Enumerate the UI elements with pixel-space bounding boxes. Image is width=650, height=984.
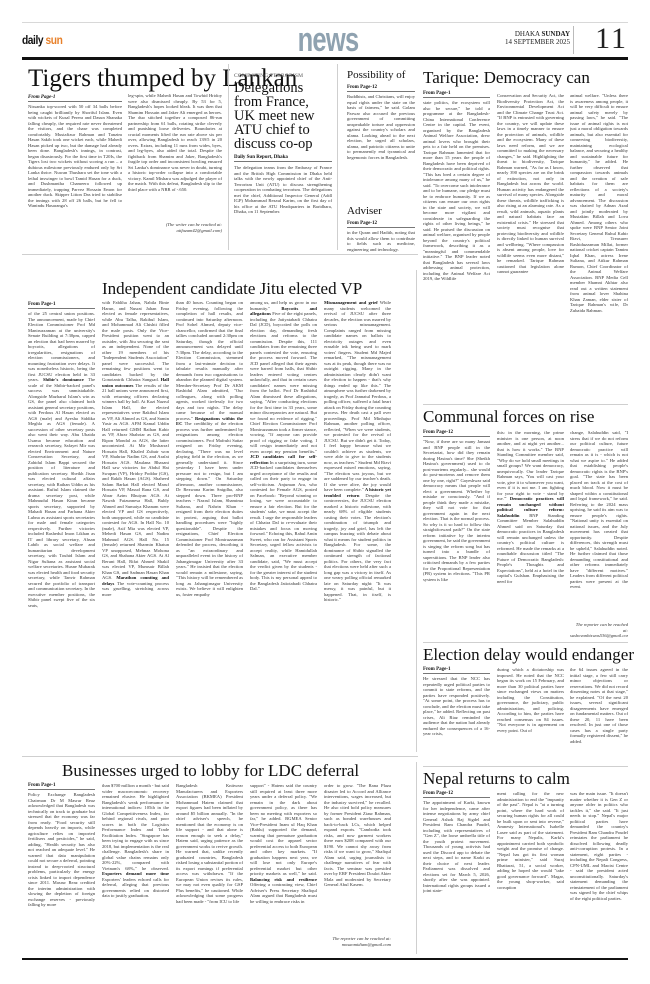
- newspaper-page: daily sun news DHAKA SUNDAY 14 SEPTEMBER…: [22, 0, 628, 984]
- article-column: He stressed that the NCC has repeatedly …: [423, 676, 490, 762]
- brand-logo-sun: sun: [46, 33, 63, 47]
- article-column: in the Quran and Hadith, noting that thi…: [347, 230, 415, 252]
- headline-adviser: Adviser: [347, 206, 382, 217]
- column-divider: [416, 762, 417, 954]
- article-column: support" - Hatem said the country still …: [250, 783, 317, 952]
- section-divider: [423, 766, 628, 767]
- article-text: Buddhists, and Christians, will enjoy eq…: [347, 94, 415, 160]
- article-text: Bangladesh Knitwear Manufacturers and Ex…: [176, 783, 243, 904]
- headline-tarique: Tarique: Democracy can: [423, 69, 590, 86]
- section-divider: [22, 756, 418, 757]
- article-column: Bangladesh Knitwear Manufacturers and Ex…: [176, 783, 243, 952]
- article-column: Conservation and Security Act, the Biodi…: [497, 93, 564, 402]
- kicker-combating-terrorism: COMBATING TERRORISM: [234, 73, 303, 79]
- article-text: of the 25 central union positions. The a…: [28, 311, 95, 608]
- section-divider: [22, 254, 418, 255]
- article-column: state politics, the ecosystem will also …: [423, 100, 490, 402]
- column-divider: [337, 64, 338, 250]
- article-text: animal welfare. "Unless there is awarene…: [570, 93, 628, 313]
- article-column: with Fabliha Jahan, Nabila Binte Harun, …: [102, 300, 169, 751]
- article-credit-box: The reporter can be reached at: sushovan…: [570, 622, 628, 638]
- from-page-label: From Page-12: [347, 85, 415, 92]
- article-text: than $700 million a month - but said wid…: [102, 783, 169, 899]
- article-column: of the 25 central union positions. The a…: [28, 311, 95, 751]
- page-number: 11: [595, 22, 628, 56]
- headline-line: ATU chief to: [234, 123, 315, 137]
- article-text: change, Salahuddin said, "I stress that …: [570, 430, 628, 590]
- article-text: Policy Exchange Bangladesh Chairman Dr M…: [28, 792, 95, 908]
- headline-line: from France,: [234, 95, 315, 109]
- article-credit-box: The reporter can be reached at: mosaomid…: [324, 936, 391, 952]
- article-column: ment calling for the new administration …: [497, 791, 564, 952]
- dateline: DHAKA SUNDAY 14 SEPTEMBER 2025: [505, 30, 570, 46]
- subhead: Mismanagement and grief: [324, 300, 378, 305]
- article-text: Nissanka top-scored with 50 off 34 balls…: [28, 104, 122, 209]
- subhead: Exporters demand more time: [102, 871, 169, 876]
- article-text: "Now, if there are so many Jamaat and BN…: [423, 439, 490, 582]
- brand-logo-daily: daily: [22, 33, 43, 47]
- column-divider: [228, 64, 229, 250]
- article-column: than $700 million a month - but said wid…: [102, 783, 169, 952]
- article-column: Nissanka top-scored with 50 off 34 balls…: [28, 104, 122, 254]
- from-page-label: From Page-12: [347, 221, 415, 228]
- from-page-label: From Page-1: [28, 783, 95, 790]
- article-column: order to grow. "The Rana Plaza disaster …: [324, 783, 391, 935]
- section-title: news: [253, 22, 403, 58]
- article-column: during which a dictatorship was imposed.…: [497, 667, 564, 762]
- headline-nepal: Nepal returns to calm: [423, 770, 570, 787]
- article-text: than 40 hours. Counting began on Friday …: [176, 300, 243, 597]
- headline-line: Delegations: [234, 81, 315, 95]
- headline-atu: Delegations from France, UK meet new ATU…: [234, 81, 315, 151]
- masthead-rule: [22, 57, 628, 60]
- article-credit: The reporter can be reached at: sushovan…: [570, 622, 628, 638]
- article-column: Buddhists, and Christians, will enjoy eq…: [347, 94, 415, 202]
- masthead: daily sun news DHAKA SUNDAY 14 SEPTEMBER…: [22, 24, 628, 56]
- article-column: among us, and help us grow in our humani…: [250, 300, 317, 751]
- headline-line: discuss co-op: [234, 137, 315, 151]
- subhead: Balancing risk and resilience: [250, 877, 317, 882]
- article-text: in the Quran and Hadith, noting that thi…: [347, 230, 415, 252]
- headline-possibility: Possibility of: [347, 70, 405, 81]
- section-divider: [423, 642, 628, 643]
- from-page-label: From Page-1: [28, 302, 95, 309]
- article-text: He stressed that the NCC has repeatedly …: [423, 676, 490, 737]
- article-text: was the main issue. "It doesn't matter w…: [570, 791, 628, 901]
- article-column: Policy Exchange Bangladesh Chairman Dr M…: [28, 792, 95, 952]
- article-text: The delegation teams from the Embassy of…: [234, 165, 332, 215]
- section-divider: [423, 404, 628, 405]
- article-text: The appointment of Karki, known for her …: [423, 800, 490, 894]
- article-text: support" - Hatem said the country still …: [250, 783, 317, 904]
- article-column: was the main issue. "It doesn't matter w…: [570, 791, 628, 952]
- article-credit: The reporter can be reached at: mosaomid…: [324, 936, 391, 947]
- article-credit-box: (The writer can be reached at: atifazam4…: [128, 222, 222, 236]
- article-text: order to grow. "The Rana Plaza disaster …: [324, 783, 391, 888]
- dateline-day: SUNDAY: [541, 30, 570, 38]
- headline-jucsu: Independent candidate Jitu elected VP: [102, 280, 362, 297]
- article-text: this: in the morning, the prime minister…: [497, 430, 564, 584]
- from-page-label: From Page-12: [423, 430, 490, 437]
- dateline-city: DHAKA: [515, 30, 540, 38]
- article-column: "Now, if there are so many Jamaat and BN…: [423, 439, 490, 639]
- page-number-divider: [573, 26, 574, 54]
- article-column: change, Salahuddin said, "I stress that …: [570, 430, 628, 622]
- article-column: The delegation teams from the Embassy of…: [234, 165, 332, 251]
- page-bottom-rule: [22, 958, 628, 960]
- article-text: with Fabliha Jahan, Nabila Binte Harun, …: [102, 300, 169, 597]
- article-text: the 64 issues agreed in the initial stag…: [570, 667, 628, 744]
- from-page-label: From Page-1: [423, 91, 490, 98]
- article-column: leg-spin, while Mahedi Hasan and Towhid …: [128, 93, 222, 223]
- article-column: this: in the morning, the prime minister…: [497, 430, 564, 639]
- article-text: among us, and help us grow in our humani…: [250, 300, 317, 592]
- headline-election: Election delay would endanger: [423, 646, 634, 663]
- article-text: ment calling for the new administration …: [497, 791, 564, 890]
- article-column: animal welfare. "Unless there is awarene…: [570, 93, 628, 402]
- headline-communal: Communal forces on rise: [423, 408, 594, 425]
- article-credit: (The writer can be reached at: atifazam4…: [128, 222, 222, 233]
- from-page-label: From Page-1: [423, 667, 490, 674]
- column-divider: [416, 270, 417, 752]
- article-text: Mismanagement and grief While many stude…: [324, 300, 391, 603]
- dateline-date: 14 SEPTEMBER 2025: [505, 38, 570, 46]
- article-text: Conservation and Security Act, the Biodi…: [497, 93, 564, 275]
- byline: Daily Sun Report, Dhaka: [234, 155, 332, 162]
- article-text: state politics, the ecosystem will also …: [423, 100, 490, 282]
- from-page-label: From Page-1: [28, 95, 122, 102]
- headline-ldc: Businesses urged to lobby for LDC deferr…: [62, 762, 359, 779]
- subhead: Shibir's dominance: [43, 377, 84, 382]
- article-text: during which a dictatorship was imposed.…: [497, 667, 564, 733]
- article-column: the 64 issues agreed in the initial stag…: [570, 667, 628, 762]
- article-text: leg-spin, while Mahedi Hasan and Towhid …: [128, 93, 222, 192]
- brand-logo: daily sun: [22, 33, 62, 47]
- article-column: Mismanagement and grief While many stude…: [324, 300, 391, 751]
- article-column: than 40 hours. Counting began on Friday …: [176, 300, 243, 751]
- headline-line: UK meet new: [234, 109, 315, 123]
- article-column: The appointment of Karki, known for her …: [423, 800, 490, 952]
- from-page-label: From Page-12: [423, 791, 490, 798]
